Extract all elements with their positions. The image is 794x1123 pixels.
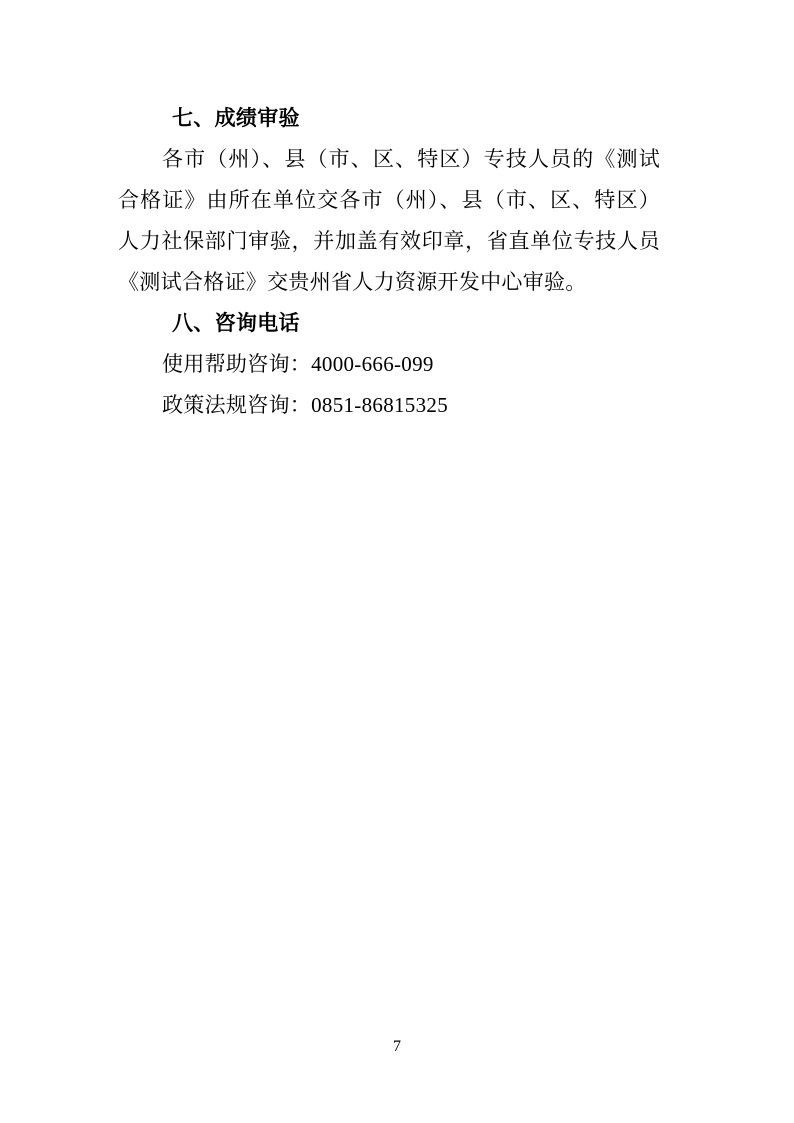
page-number: 7 [0,1038,794,1056]
section-heading-contact-phone: 八、咨询电话 [172,303,660,344]
paragraph-line-3: 人力社保部门审验，并加盖有效印章，省直单位专技人员 [118,221,660,262]
contact-number-policy: 0851-86815325 [311,393,448,417]
contact-label-policy: 政策法规咨询： [162,393,311,417]
paragraph-line-1: 各市（州）、县（市、区、特区）专技人员的《测试 [118,139,660,180]
paragraph-line-2: 合格证》由所在单位交各市（州）、县（市、区、特区） [118,180,660,221]
section-heading-score-review: 七、成绩审验 [172,98,660,139]
contact-number-help: 4000-666-099 [311,352,434,376]
contact-line-policy: 政策法规咨询：0851-86815325 [118,385,660,426]
contact-line-help: 使用帮助咨询：4000-666-099 [118,344,660,385]
contact-label-help: 使用帮助咨询： [162,352,311,376]
document-content: 七、成绩审验 各市（州）、县（市、区、特区）专技人员的《测试 合格证》由所在单位… [118,98,660,426]
paragraph-line-4: 《测试合格证》交贵州省人力资源开发中心审验。 [118,262,660,303]
document-page: 七、成绩审验 各市（州）、县（市、区、特区）专技人员的《测试 合格证》由所在单位… [0,0,794,1123]
